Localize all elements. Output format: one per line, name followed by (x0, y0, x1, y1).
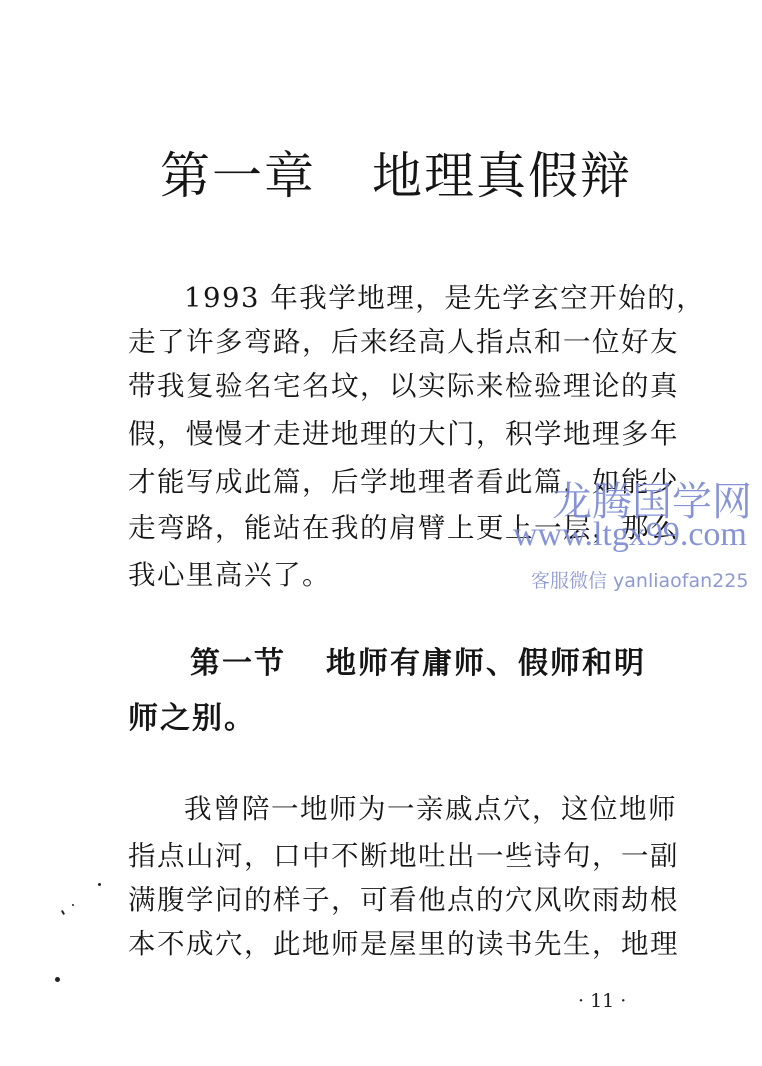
watermark-url: www.ltgx99.com (513, 516, 747, 554)
book-page: 第一章地理真假辩 1993 年我学地理，是先学玄空开始的， 走了许多弯路，后来经… (0, 0, 762, 1066)
section-number: 第一节 (190, 646, 286, 681)
text-line: 带我复验名宅名坟，以实际来检验理论的真 (128, 363, 679, 403)
section-title-line2: 师之别。 (128, 693, 256, 737)
section-title-line1: 地师有庸师、假师和明 (326, 646, 646, 681)
text-line: 走了许多弯路，后来经高人指点和一位好友 (128, 319, 679, 359)
text-line: 我曾陪一地师为一亲戚点穴，这位地师 (184, 786, 677, 826)
scan-speck (55, 977, 60, 982)
scan-speck (61, 910, 65, 915)
scan-speck (72, 904, 74, 906)
text-line: 指点山河，口中不断地吐出一些诗句，一副 (128, 833, 679, 873)
text-line: 本不成穴，此地师是屋里的读书先生，地理 (128, 921, 679, 961)
watermark-contact: 客服微信 yanliaofan225 (531, 566, 748, 593)
chapter-title: 地理真假辩 (372, 147, 632, 205)
scan-speck (98, 883, 101, 886)
page-number: · 11 · (578, 990, 626, 1012)
chapter-number: 第一章 (160, 147, 316, 205)
text-line: 1993 年我学地理，是先学玄空开始的， (184, 275, 705, 315)
text-line: 我心里高兴了。 (128, 552, 331, 592)
text-line: 满腹学问的样子，可看他点的穴风吹雨劫根 (128, 877, 679, 917)
chapter-heading: 第一章地理真假辩 (160, 136, 632, 208)
text-line: 假，慢慢才走进地理的大门，积学地理多年 (128, 411, 679, 451)
